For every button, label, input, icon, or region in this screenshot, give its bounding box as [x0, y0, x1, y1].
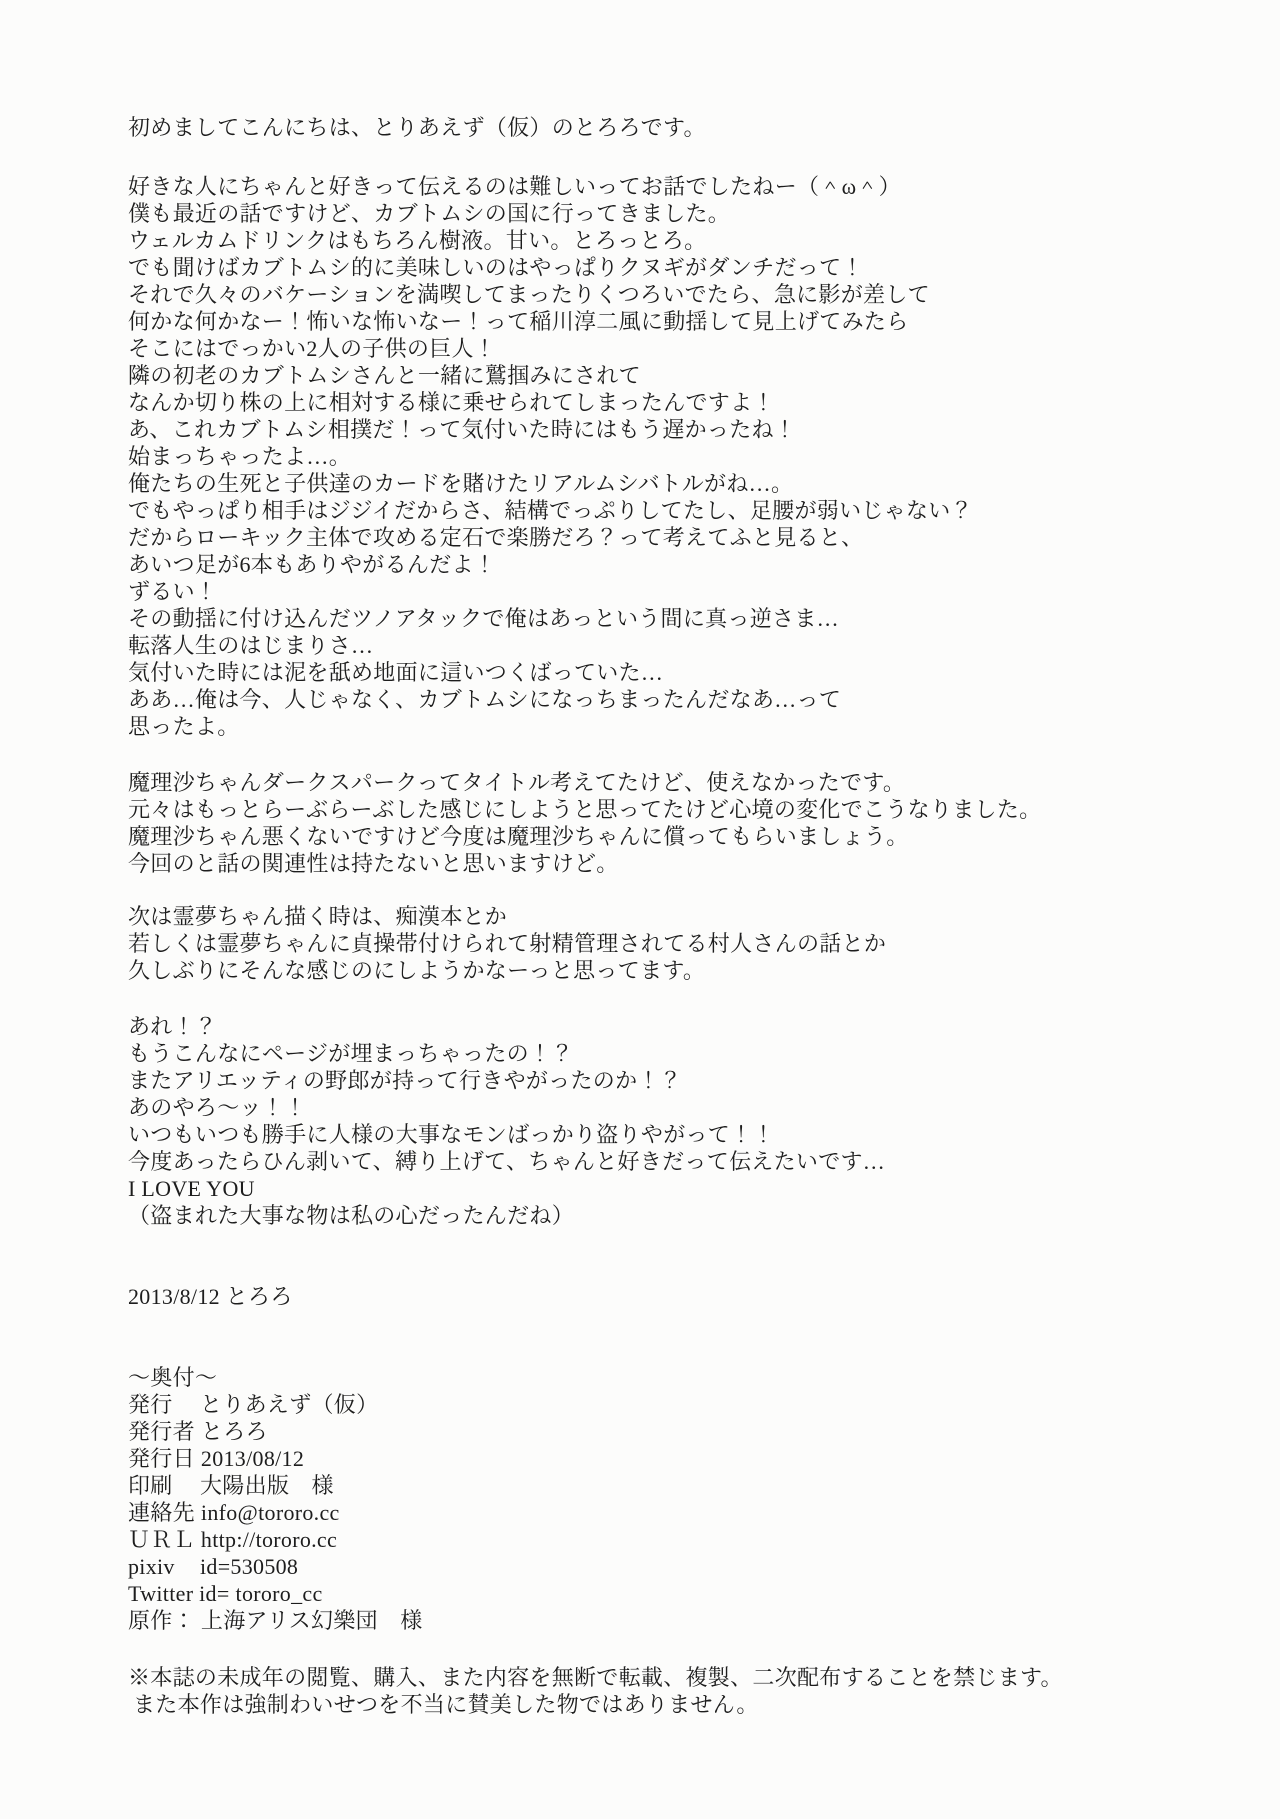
text-line: あのやろ〜ッ！！ — [128, 1094, 1220, 1121]
colophon-row: ＵＲＬhttp://tororo.cc — [128, 1526, 1220, 1553]
colophon-value: 上海アリス幻樂団 様 — [201, 1607, 423, 1634]
colophon-value: id=530508 — [200, 1553, 298, 1580]
colophon-row: 印刷大陽出版 様 — [128, 1472, 1220, 1499]
colophon-row: 発行とりあえず（仮） — [128, 1391, 1220, 1418]
text-line: だからローキック主体で攻める定石で楽勝だろ？って考えてふと見ると、 — [128, 524, 1220, 551]
colophon-value: info@tororo.cc — [201, 1499, 340, 1526]
text-line: 若しくは霊夢ちゃんに貞操帯付けられて射精管理されてる村人さんの話とか — [128, 930, 1220, 957]
text-line: 転落人生のはじまりさ… — [128, 632, 1220, 659]
colophon-row: Twitter id=tororo_cc — [128, 1580, 1220, 1607]
text-line: 今回のと話の関連性は持たないと思いますけど。 — [128, 850, 1220, 877]
text-line: ああ…俺は今、人じゃなく、カブトムシになっちまったんだなあ…って — [128, 686, 1220, 713]
text-line: その動揺に付け込んだツノアタックで俺はあっという間に真っ逆さま… — [128, 605, 1220, 632]
colophon-label: Twitter id= — [128, 1580, 230, 1607]
disclaimer: ※本誌の未成年の閲覧、購入、また内容を無断で転載、複製、二次配布することを禁じま… — [128, 1664, 1220, 1718]
colophon-label: 連絡先 — [128, 1499, 195, 1526]
text-line: 思ったよ。 — [128, 713, 1220, 740]
text-line: ウェルカムドリンクはもちろん樹液。甘い。とろっとろ。 — [128, 227, 1220, 254]
text-line: 隣の初老のカブトムシさんと一緒に鷲掴みにされて — [128, 362, 1220, 389]
text-line: I LOVE YOU — [128, 1175, 1220, 1202]
colophon-rows: 発行とりあえず（仮）発行者とろろ発行日2013/08/12印刷大陽出版 様連絡先… — [128, 1391, 1220, 1634]
afterword-paragraph-next-plans: 次は霊夢ちゃん描く時は、痴漢本とか若しくは霊夢ちゃんに貞操帯付けられて射精管理さ… — [128, 903, 1220, 984]
afterword-paragraph-closing: あれ！？もうこんなにページが埋まっちゃったの！？またアリエッティの野郎が持って行… — [128, 1013, 1220, 1229]
text-line: 何かな何かなー！怖いな怖いなー！って稲川淳二風に動揺して見上げてみたら — [128, 308, 1220, 335]
text-line: それで久々のバケーションを満喫してまったりくつろいでたら、急に影が差して — [128, 281, 1220, 308]
text-line: 魔理沙ちゃん悪くないですけど今度は魔理沙ちゃんに償ってもらいましょう。 — [128, 823, 1220, 850]
colophon-label: ＵＲＬ — [128, 1526, 195, 1553]
text-line: ずるい！ — [128, 578, 1220, 605]
text-line: でもやっぱり相手はジジイだからさ、結構でっぷりしてたし、足腰が弱いじゃない？ — [128, 497, 1220, 524]
colophon-value: http://tororo.cc — [201, 1526, 337, 1553]
colophon-row: 原作：上海アリス幻樂団 様 — [128, 1607, 1220, 1634]
colophon-label: 発行 — [128, 1391, 194, 1418]
text-line: あれ！？ — [128, 1013, 1220, 1040]
text-line: そこにはでっかい2人の子供の巨人！ — [128, 335, 1220, 362]
colophon: ～奥付～ 発行とりあえず（仮）発行者とろろ発行日2013/08/12印刷大陽出版… — [128, 1364, 1220, 1634]
afterword-paragraph-title-notes: 魔理沙ちゃんダークスパークってタイトル考えてたけど、使えなかったです。元々はもっ… — [128, 769, 1220, 877]
date-line: 2013/8/12 とろろ — [128, 1283, 1220, 1310]
text-line: 初めましてこんにちは、とりあえず（仮）のとろろです。 — [128, 114, 1220, 141]
colophon-label: 発行日 — [128, 1445, 195, 1472]
text-line: いつもいつも勝手に人様の大事なモンばっかり盗りやがって！！ — [128, 1121, 1220, 1148]
text-line: またアリエッティの野郎が持って行きやがったのか！？ — [128, 1067, 1220, 1094]
text-line: なんか切り株の上に相対する様に乗せられてしまったんですよ！ — [128, 389, 1220, 416]
text-line: 今度あったらひん剥いて、縛り上げて、ちゃんと好きだって伝えたいです… — [128, 1148, 1220, 1175]
colophon-label: 発行者 — [128, 1418, 195, 1445]
colophon-row: pixivid=530508 — [128, 1553, 1220, 1580]
text-line: 元々はもっとらーぶらーぶした感じにしようと思ってたけど心境の変化でこうなりました… — [128, 796, 1220, 823]
text-line: 僕も最近の話ですけど、カブトムシの国に行ってきました。 — [128, 200, 1220, 227]
colophon-value: 2013/08/12 — [201, 1445, 304, 1472]
text-line: 次は霊夢ちゃん描く時は、痴漢本とか — [128, 903, 1220, 930]
text-line: もうこんなにページが埋まっちゃったの！？ — [128, 1040, 1220, 1067]
text-line: 魔理沙ちゃんダークスパークってタイトル考えてたけど、使えなかったです。 — [128, 769, 1220, 796]
disclaimer-line: また本作は強制わいせつを不当に賛美した物ではありません。 — [128, 1691, 1220, 1718]
colophon-label: pixiv — [128, 1553, 194, 1580]
colophon-row: 連絡先info@tororo.cc — [128, 1499, 1220, 1526]
text-line: あいつ足が6本もありやがるんだよ！ — [128, 551, 1220, 578]
text-line: 気付いた時には泥を舐め地面に這いつくばっていた… — [128, 659, 1220, 686]
text-line: 始まっちゃったよ…。 — [128, 443, 1220, 470]
colophon-value: 大陽出版 様 — [200, 1472, 334, 1499]
colophon-row: 発行者とろろ — [128, 1418, 1220, 1445]
text-line: （盗まれた大事な物は私の心だったんだね） — [128, 1202, 1220, 1229]
colophon-label: 原作： — [128, 1607, 195, 1634]
text-line: 俺たちの生死と子供達のカードを賭けたリアルムシバトルがね…。 — [128, 470, 1220, 497]
text-line: 久しぶりにそんな感じのにしようかなーっと思ってます。 — [128, 957, 1220, 984]
text-line: あ、これカブトムシ相撲だ！って気付いた時にはもう遅かったね！ — [128, 416, 1220, 443]
text-line: 好きな人にちゃんと好きって伝えるのは難しいってお話でしたねー（＾ω＾） — [128, 173, 1220, 200]
colophon-label: 印刷 — [128, 1472, 194, 1499]
text-line: でも聞けばカブトムシ的に美味しいのはやっぱりクヌギがダンチだって！ — [128, 254, 1220, 281]
colophon-value: とりあえず（仮） — [200, 1391, 378, 1418]
afterword-paragraph-greeting: 初めましてこんにちは、とりあえず（仮）のとろろです。 — [128, 114, 1220, 141]
colophon-value: tororo_cc — [236, 1580, 323, 1607]
colophon-value: とろろ — [201, 1418, 268, 1445]
colophon-title: ～奥付～ — [128, 1364, 1220, 1391]
colophon-row: 発行日2013/08/12 — [128, 1445, 1220, 1472]
disclaimer-line: ※本誌の未成年の閲覧、購入、また内容を無断で転載、複製、二次配布することを禁じま… — [128, 1664, 1220, 1691]
afterword-paragraph-beetle-story: 好きな人にちゃんと好きって伝えるのは難しいってお話でしたねー（＾ω＾）僕も最近の… — [128, 173, 1220, 740]
afterword-page: 初めましてこんにちは、とりあえず（仮）のとろろです。 好きな人にちゃんと好きって… — [0, 0, 1280, 1819]
